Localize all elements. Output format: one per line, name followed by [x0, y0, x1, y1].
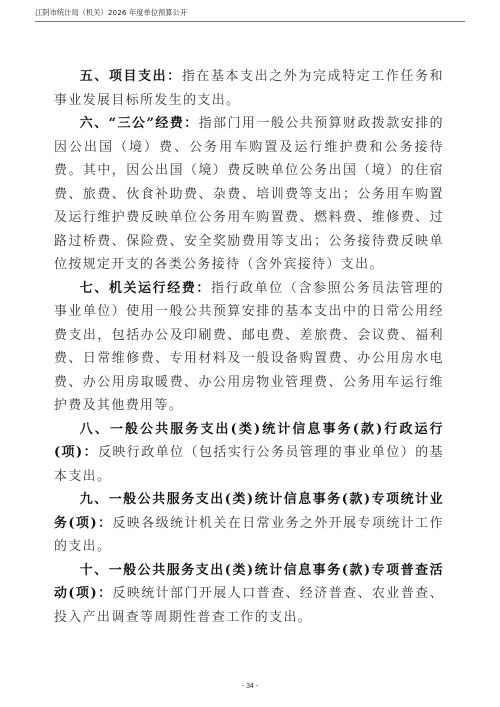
paragraph-text: 指行政单位（含参照公务员法管理的事业单位）使用一般公共预算安排的基本支出中的日常… — [54, 281, 444, 414]
paragraph-census-activities: 十、一般公共服务支出(类)统计信息事务(款)专项普查活动(项)：反映统计部门开展… — [54, 559, 444, 630]
paragraph-text: 指部门用一般公共预算财政拨款安排的因公出国（境）费、公务用车购置及运行维护费和公… — [54, 116, 444, 272]
paragraph-three-public-expenses: 六、“三公”经费：指部门用一般公共预算财政拨款安排的因公出国（境）费、公务用车购… — [54, 112, 444, 277]
page-header: 江阴市统计局（机关）2026 年度单位预算公开 — [35, 8, 465, 22]
paragraph-administrative-operation: 八、一般公共服务支出(类)统计信息事务(款)行政运行(项)：反映行政单位（包括实… — [54, 418, 444, 489]
paragraph-text: 反映各级统计机关在日常业务之外开展专项统计工作的支出。 — [54, 516, 444, 555]
page-number: - 34 - — [0, 683, 500, 690]
paragraph-heading: 七、机关运行经费： — [80, 281, 211, 296]
paragraph-special-statistics: 九、一般公共服务支出(类)统计信息事务(款)专项统计业务(项)：反映各级统计机关… — [54, 488, 444, 559]
paragraph-text: 反映行政单位（包括实行公务员管理的事业单位）的基本支出。 — [54, 445, 444, 484]
document-body: 五、项目支出：指在基本支出之外为完成特定工作任务和事业发展目标所发生的支出。 六… — [54, 65, 444, 629]
paragraph-project-expenditure: 五、项目支出：指在基本支出之外为完成特定工作任务和事业发展目标所发生的支出。 — [54, 65, 444, 112]
paragraph-text: 反映统计部门开展人口普查、经济普查、农业普查、投入产出调查等周期性普查工作的支出… — [54, 586, 444, 625]
paragraph-operating-expenses: 七、机关运行经费：指行政单位（含参照公务员法管理的事业单位）使用一般公共预算安排… — [54, 277, 444, 418]
paragraph-heading: 六、“三公”经费： — [80, 116, 199, 131]
paragraph-heading: 五、项目支出： — [80, 69, 182, 84]
header-title: 江阴市统计局（机关）2026 年度单位预算公开 — [35, 8, 187, 18]
